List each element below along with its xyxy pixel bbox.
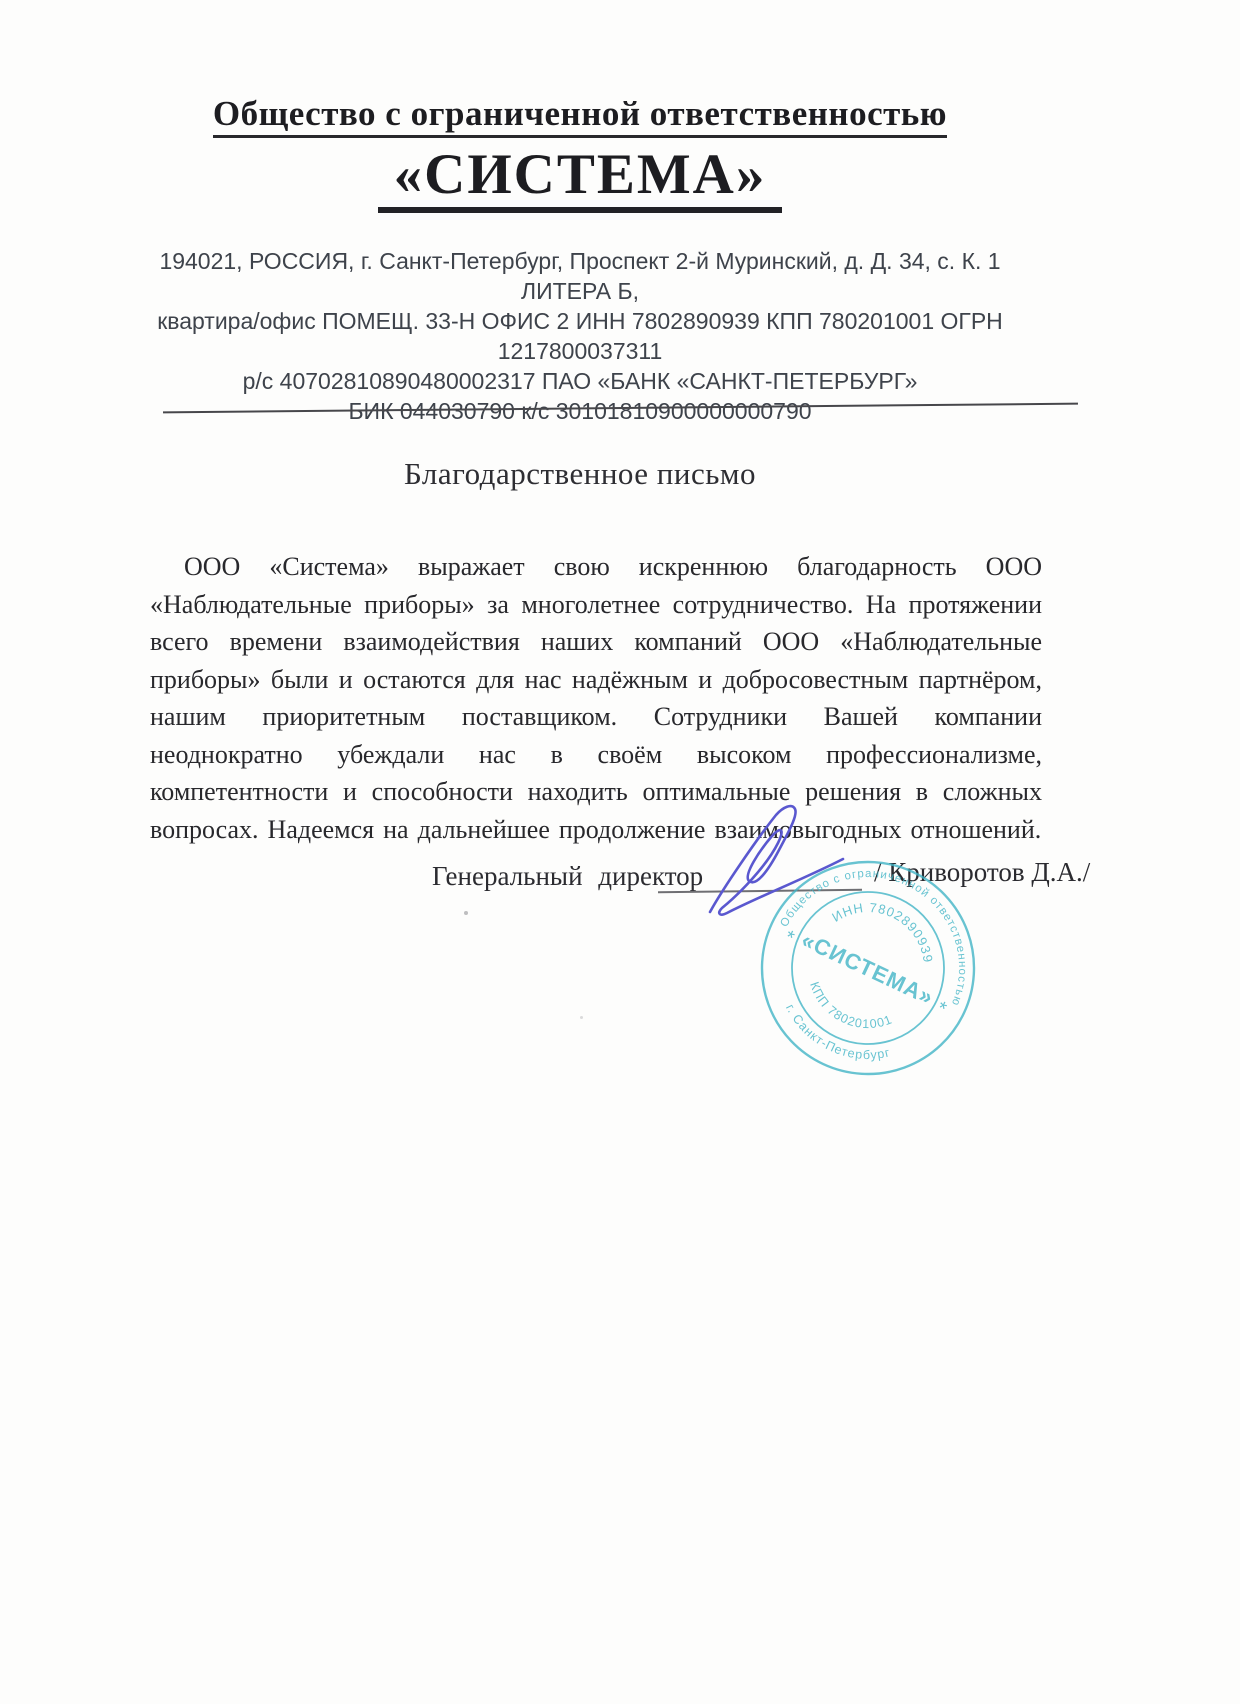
scanned-letter-page: Общество с ограниченной ответственностью… <box>0 0 1240 1704</box>
address-line-1: 194021, РОССИЯ, г. Санкт-Петербург, Прос… <box>135 246 1025 306</box>
letterhead: Общество с ограниченной ответственностью… <box>135 94 1025 213</box>
org-name-heading: «СИСТЕМА» <box>378 145 783 213</box>
org-type-heading: Общество с ограниченной ответственностью <box>213 94 947 138</box>
letter-title: Благодарственное письмо <box>135 456 1025 492</box>
scan-speck <box>580 1016 583 1019</box>
address-line-2: квартира/офис ПОМЕЩ. 33-Н ОФИС 2 ИНН 780… <box>135 306 1025 366</box>
address-line-3: р/с 40702810890480002317 ПАО «БАНК «САНК… <box>135 366 1025 396</box>
signature-role-label: Генеральный директор <box>432 861 703 892</box>
letter-body-paragraph: ООО «Система» выражает свою искреннюю бл… <box>150 548 1042 848</box>
letterhead-contacts: 194021, РОССИЯ, г. Санкт-Петербург, Прос… <box>135 246 1025 426</box>
scan-speck <box>464 911 468 915</box>
signature-stroke <box>710 806 843 915</box>
handwritten-signature-icon <box>690 798 860 930</box>
